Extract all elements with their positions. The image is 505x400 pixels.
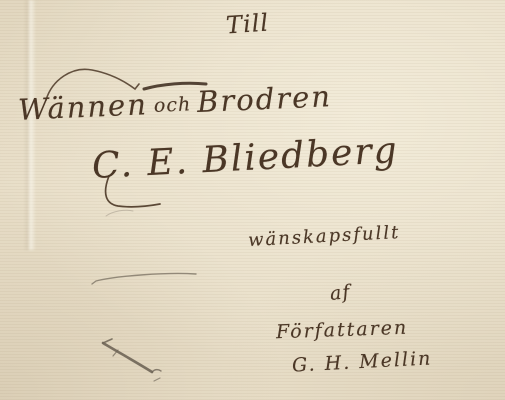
recipient-word-och: och <box>153 93 191 117</box>
pencil-mark-horizontal-icon <box>92 273 196 284</box>
salutation-till: Till <box>225 9 270 40</box>
recipient-word-brodren: Brodren <box>196 79 332 119</box>
pencil-hook-under-name-icon <box>106 210 133 216</box>
author-signature: G. H. Mellin <box>292 347 433 376</box>
letter-page: Till WännenochBrodren C. E. Bliedberg wä… <box>0 0 505 400</box>
recipient-line: WännenochBrodren <box>17 79 332 127</box>
pencil-mark-diagonal-icon <box>103 339 161 381</box>
author-title: Författaren <box>276 317 409 344</box>
sentiment-line: wänskapsfullt <box>248 222 401 251</box>
recipient-word-wannen: Wännen <box>17 87 148 127</box>
handwriting-marks-layer <box>0 0 505 400</box>
byline-af: af <box>329 281 352 305</box>
recipient-name: C. E. Bliedberg <box>91 130 399 187</box>
